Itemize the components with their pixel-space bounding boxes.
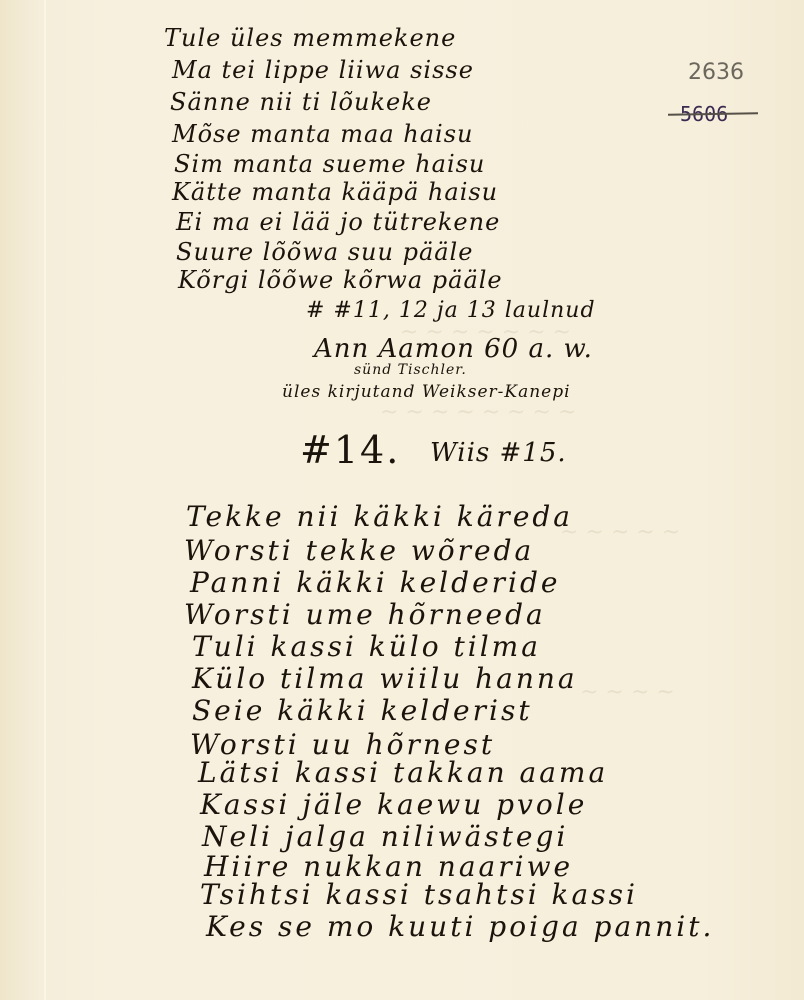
bleed-through-text: ~ ~ ~ ~ ~ (560, 520, 680, 545)
song-line: Neli jalga niliwästegi (202, 820, 568, 853)
song-line: Worsti tekke wõreda (184, 534, 534, 567)
song-line: Ma tei lippe liiwa sisse (172, 56, 474, 84)
recorder-note: üles kirjutand Weikser-Kanepi (282, 382, 571, 402)
bleed-through-text: ~ ~ ~ ~ (580, 680, 675, 705)
manuscript-page: ~ ~ ~ ~ ~ ~ ~ ~ ~ ~ ~ ~ ~ ~ ~ ~ ~ ~ ~ ~ … (0, 0, 804, 1000)
bleed-through-text: ~ ~ ~ ~ ~ ~ ~ ~ (380, 400, 576, 425)
melody-reference: Wiis #15. (430, 438, 567, 468)
song-line: Kes se mo kuuti poiga pannit. (206, 910, 714, 943)
page-fold-shadow (44, 0, 46, 1000)
song-line: Tsihtsi kassi tsahtsi kassi (200, 878, 638, 911)
song-line: Mõse manta maa haisu (172, 120, 474, 148)
song-line: Sim manta sueme haisu (174, 150, 485, 178)
song-line: Tule üles memmekene (164, 24, 456, 52)
song-line: Kätte manta kääpä haisu (172, 178, 498, 206)
song-line: Ei ma ei lää jo tütrekene (176, 208, 500, 236)
song-line: Panni käkki kelderide (190, 566, 560, 599)
singer-name: Ann Aamon 60 a. w. (314, 334, 593, 364)
song-line: Suure lõõwa suu pääle (176, 238, 473, 266)
song-number: #14. (300, 428, 400, 472)
song-line: Seie käkki kelderist (192, 694, 533, 727)
singer-birth-name: sünd Tischler. (354, 362, 467, 378)
song-line: Sänne nii ti lõukeke (170, 88, 432, 116)
song-number-note: # #11, 12 ja 13 laulnud (306, 298, 596, 323)
song-line: Kõrgi lõõwe kõrwa pääle (178, 266, 503, 294)
song-line: Kassi jäle kaewu pvole (200, 788, 587, 821)
song-line: Tekke nii käkki käreda (186, 500, 573, 533)
song-line: Tuli kassi külo tilma (192, 630, 541, 663)
archive-number-pencil: 2636 (688, 60, 744, 85)
song-line: Worsti ume hõrneeda (184, 598, 546, 631)
song-line: Külo tilma wiilu hanna (192, 662, 578, 695)
song-line: Lätsi kassi takkan aama (198, 756, 608, 789)
